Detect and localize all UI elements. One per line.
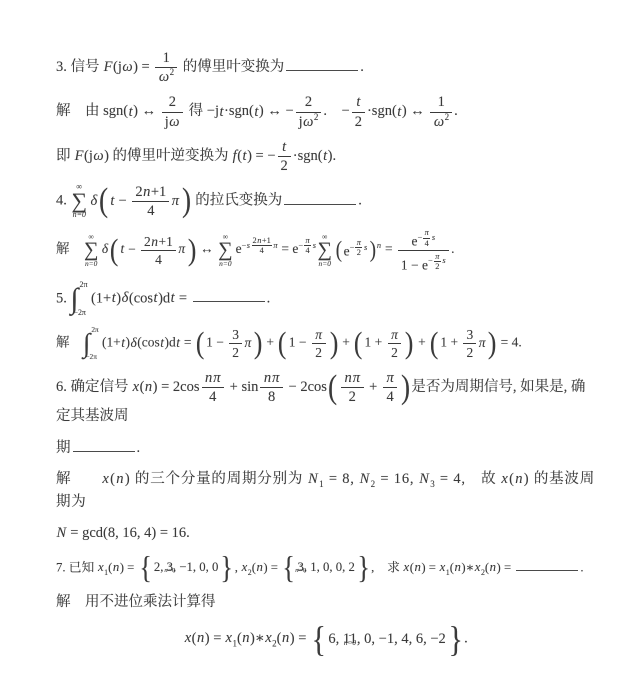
math-text: ·sgn( — [367, 104, 397, 120]
fraction-numerator: π — [312, 327, 326, 344]
math-fraction: nπ4 — [202, 370, 225, 405]
problem-4-question: 4. ∞∑n=0δ(t − 2n+14π) 的拉氏变换为. — [56, 183, 596, 219]
open-delimiter: { — [139, 554, 152, 583]
math-text: . — [358, 193, 362, 209]
math-var: ω — [433, 114, 444, 130]
math-fraction: t2 — [352, 94, 365, 129]
fence-content: 6, 11ˆn=0, 0, −1, 4, 6, −2 — [327, 628, 446, 650]
superscript: 2 — [445, 112, 450, 122]
math-text: . — [454, 104, 458, 120]
open-delimiter: ( — [196, 329, 204, 357]
math-text: 6. 确定信号 — [56, 379, 132, 395]
open-delimiter: ( — [328, 373, 337, 403]
math-text: ( — [110, 471, 116, 487]
math-text: 2 — [445, 112, 450, 122]
math-var: n — [144, 379, 152, 395]
math-fraction: nπ2 — [341, 370, 364, 405]
math-text: (j — [84, 148, 93, 164]
problem-7-result: x(n) = x1(n)∗x2(n) = {6, 11ˆn=0, 0, −1, … — [56, 623, 596, 656]
math-text: ) = — [133, 59, 153, 75]
math-text: 2 — [135, 184, 142, 200]
math-text: 期 — [56, 440, 71, 456]
math-text: 1 − — [206, 335, 227, 350]
math-var: t — [356, 94, 361, 110]
fraction-numerator: 3 — [229, 327, 242, 344]
sum-lower-limit: n=0 — [85, 260, 97, 267]
math-text: , 1, 0, 0, 2 — [304, 560, 355, 574]
fenced-group: (t − 2n+14π) — [109, 234, 197, 267]
fraction-numerator: 1 — [155, 50, 177, 68]
superscript: −π4s — [298, 241, 316, 250]
close-delimiter: ) — [405, 329, 413, 357]
math-text: ) = — [263, 560, 281, 574]
fenced-group: (1 − 32π) — [195, 327, 263, 360]
fence-content: 1 − π2 — [288, 327, 329, 360]
fence-content: t − 2n+14π — [109, 184, 181, 219]
math-text: 2 — [314, 112, 319, 122]
fence-content: 3ˆn=0, 1, 0, 0, 2 — [296, 558, 355, 578]
math-var: s — [442, 256, 446, 265]
math-fraction: 2n+14 — [252, 236, 272, 256]
fenced-group: {2, 3ˆn=0, −1, 0, 0} — [138, 554, 235, 583]
math-text: ) = — [290, 630, 310, 646]
fenced-group: (t − 2n+14π) — [98, 184, 192, 219]
math-text: + — [263, 335, 277, 350]
sigma-icon: ∑ — [218, 241, 232, 260]
math-fraction: 2n+14 — [141, 234, 176, 267]
fenced-group: {6, 11ˆn=0, 0, −1, 4, 6, −2} — [310, 623, 464, 656]
math-text: − — [298, 241, 303, 250]
problem-6-question-line-1: 6. 确定信号 x(n) = 2cosnπ4 + sinnπ8 − 2cos(n… — [56, 370, 596, 428]
math-text: − — [115, 193, 130, 209]
math-var: n — [282, 630, 290, 646]
fraction-denominator: 2 — [463, 344, 476, 360]
answer-blank — [516, 558, 578, 571]
fence-content: t − 2n+14π — [119, 234, 187, 267]
open-delimiter: ( — [99, 186, 108, 216]
math-text: 解 — [56, 471, 102, 487]
math-text: ↔ — [197, 241, 217, 256]
math-var: π — [386, 370, 394, 386]
math-var: n — [515, 471, 524, 487]
math-var: n — [489, 560, 496, 574]
math-var: x — [102, 471, 110, 487]
math-text: +1 — [159, 234, 173, 249]
math-text: 4 — [386, 389, 393, 405]
math-text: ) = — [497, 560, 515, 574]
math-var: δ — [101, 241, 108, 256]
fraction-numerator: t — [278, 139, 291, 157]
fraction-numerator: π — [383, 370, 397, 388]
math-text: 2 — [349, 389, 356, 405]
math-text: (1+ — [102, 335, 121, 350]
fraction-denominator: ω2 — [155, 68, 177, 85]
math-text: . — [360, 59, 364, 75]
math-var: n — [143, 184, 151, 200]
math-var: t — [282, 139, 287, 155]
close-delimiter: } — [448, 623, 462, 656]
fraction-numerator: t — [352, 94, 365, 112]
math-text: 2 — [391, 345, 398, 360]
math-text: 2 — [357, 248, 361, 257]
math-var: n — [116, 471, 125, 487]
math-fraction: 2jω2 — [296, 94, 322, 129]
math-var: s — [246, 241, 250, 250]
math-var: n — [112, 560, 119, 574]
close-delimiter: ) — [369, 240, 375, 261]
math-fraction: π2 — [434, 252, 441, 272]
math-var: x — [501, 471, 509, 487]
math-text: 2 — [169, 94, 176, 110]
origin-marker: 3ˆn=0 — [297, 558, 303, 578]
fenced-group: (1 − π2) — [277, 327, 338, 360]
math-text: ). — [328, 148, 336, 164]
fraction-numerator: π — [388, 327, 402, 344]
fence-content: 1 + π2 — [364, 327, 405, 360]
math-text: 2 — [315, 345, 322, 360]
math-var: s — [431, 233, 435, 242]
fraction-numerator: π — [355, 238, 362, 248]
math-var: s — [312, 241, 316, 250]
sum-lower-limit: n=0 — [219, 260, 231, 267]
superscript: −π2s — [428, 256, 446, 265]
math-var: π — [178, 241, 186, 256]
fraction-denominator: jω — [162, 113, 183, 130]
math-var: π — [272, 370, 280, 386]
math-fraction: π2 — [355, 238, 362, 258]
origin-marker: 11ˆn=0 — [343, 628, 357, 650]
math-text: 解 — [56, 241, 83, 256]
math-text: , −1, 0, 0 — [173, 560, 218, 574]
math-var: n — [151, 234, 159, 249]
answer-blank — [73, 437, 135, 452]
open-delimiter: ( — [278, 329, 286, 357]
math-var: F — [103, 59, 113, 75]
fenced-group: (1 + π2) — [353, 327, 414, 360]
math-text: 2 — [281, 158, 288, 174]
sigma-icon: ∑ — [84, 241, 98, 260]
document-page: 3. 信号 F(jω) = 1ω2 的傅里叶变换为.解 由 sgn(t) ↔ 2… — [0, 0, 644, 699]
fraction-denominator: 4 — [141, 251, 176, 267]
math-text: 即 — [56, 148, 74, 164]
math-text: + — [415, 335, 429, 350]
math-text: . — [267, 290, 271, 306]
close-delimiter: ) — [401, 373, 410, 403]
math-var: x — [403, 560, 410, 574]
problem-6-question-line-2: 期. — [56, 437, 596, 459]
fraction-numerator: 1 — [430, 94, 452, 112]
math-text: 2 — [170, 67, 175, 77]
fraction-numerator: nπ — [341, 370, 364, 388]
math-var: n — [205, 370, 213, 386]
math-var: x — [241, 560, 248, 574]
math-text: , 0, −1, 4, 6, −2 — [357, 631, 446, 647]
math-text: (cos — [129, 290, 153, 306]
math-text: (1+ — [91, 290, 111, 306]
math-text: = 8, — [324, 471, 359, 487]
fenced-group: (e−π2s) — [335, 238, 376, 262]
math-text: )∗ — [250, 630, 265, 646]
math-text: 2 — [232, 345, 239, 360]
math-fraction: 1ω2 — [430, 94, 452, 129]
math-text: (j — [113, 59, 122, 75]
math-text: + sin — [226, 379, 258, 395]
math-text: . — [137, 440, 141, 456]
fraction-numerator: 2 — [296, 94, 322, 112]
close-delimiter: ) — [182, 186, 191, 216]
close-delimiter: ) — [254, 329, 262, 357]
math-text: )d — [165, 335, 176, 350]
fence-content: e−π2s — [343, 238, 369, 262]
math-var: n — [242, 630, 250, 646]
answer-blank — [286, 56, 358, 71]
math-fraction: 2n+14 — [132, 184, 169, 219]
math-text: 2 — [144, 234, 151, 249]
fraction-denominator: 2 — [278, 157, 291, 174]
math-var: ω — [303, 114, 314, 130]
close-delimiter: } — [357, 554, 370, 583]
math-var: N — [419, 471, 430, 487]
summation-operator: ∞∑n=0 — [84, 233, 98, 266]
problem-5-question: 5. ∫2π−2π(1+t)δ(cost)dt = . — [56, 281, 596, 317]
math-text: 的傅里叶变换为 — [179, 59, 284, 75]
math-text: ) 的三个分量的周期分别为 — [125, 471, 308, 487]
math-text: . — [580, 560, 583, 574]
math-text: = gcd(8, 16, 4) = 16. — [67, 525, 190, 541]
math-text: (cos — [137, 335, 159, 350]
fraction-denominator: 2 — [355, 248, 362, 257]
math-var: x — [474, 560, 481, 574]
open-delimiter: ( — [110, 236, 118, 264]
math-text: − — [417, 233, 422, 242]
integral-limits: 2π−2π — [88, 326, 100, 361]
math-var: δ — [121, 290, 129, 306]
problem-3-solution: 解 由 sgn(t) ↔ 2jω 得 −jt·sgn(t) ↔ −2jω2. −… — [56, 94, 596, 129]
answer-blank — [284, 190, 356, 205]
math-text: 8 — [268, 389, 275, 405]
math-fraction: π2 — [312, 327, 326, 360]
fraction-numerator: π — [423, 228, 430, 238]
math-var: δ — [90, 193, 98, 209]
fraction-denominator: 2 — [352, 113, 365, 130]
fence-content: 1 + 32π — [439, 327, 487, 360]
math-fraction: π4 — [383, 370, 397, 405]
math-text: +1 — [151, 184, 166, 200]
fraction-denominator: 2 — [341, 388, 364, 405]
superscript: −s2n+14π — [242, 241, 278, 250]
summation-operator: ∞∑n=0 — [72, 183, 88, 219]
superscript: 2 — [170, 67, 175, 77]
fraction-numerator: 2 — [162, 94, 183, 112]
math-text: ·sgn( — [224, 104, 254, 120]
math-text: ) ↔ — [133, 104, 160, 120]
math-fraction: 2jω — [162, 94, 183, 129]
math-fraction: e−π4s1 − e−π2s — [398, 228, 449, 272]
math-text: 4 — [306, 246, 310, 255]
fraction-denominator: 4 — [202, 388, 225, 405]
math-var: ω — [122, 59, 133, 75]
open-delimiter: { — [312, 623, 326, 656]
math-var: F — [74, 148, 84, 164]
math-text: 4 — [155, 252, 162, 267]
math-text: 4 — [209, 389, 216, 405]
math-text: 3 — [232, 327, 239, 342]
summation-operator: ∞∑n=0 — [218, 233, 232, 266]
fraction-numerator: π — [434, 252, 441, 262]
math-text: )∗ — [461, 560, 474, 574]
math-text: 1 — [163, 50, 170, 66]
problem-6-solution-line-2: N = gcd(8, 16, 4) = 16. — [56, 522, 596, 544]
fraction-numerator: 2n+1 — [132, 184, 169, 202]
math-var: π — [305, 236, 310, 245]
math-fraction: 1ω2 — [155, 50, 177, 85]
math-var: π — [315, 327, 323, 342]
fraction-numerator: π — [304, 236, 311, 246]
math-text: = 4, 故 — [436, 471, 501, 487]
math-text: 4 — [147, 203, 154, 219]
math-text: ·sgn( — [293, 148, 323, 164]
open-delimiter: ( — [354, 329, 362, 357]
math-var: x — [184, 630, 191, 646]
math-text: . — [464, 630, 468, 646]
integral-lower-limit: −2π — [73, 309, 86, 317]
superscript: 2 — [314, 112, 319, 122]
close-delimiter: ) — [488, 329, 496, 357]
math-text: 2 — [435, 262, 439, 271]
summation-operator: ∞∑n=0 — [318, 233, 332, 266]
math-text: , 求 — [371, 560, 403, 574]
math-text: = — [382, 241, 396, 256]
problem-3-question: 3. 信号 F(jω) = 1ω2 的傅里叶变换为. — [56, 50, 596, 85]
math-fraction: π4 — [304, 236, 311, 256]
math-fraction: π4 — [423, 228, 430, 248]
math-text: )d — [158, 290, 170, 306]
fraction-denominator: jω2 — [296, 113, 322, 130]
math-text: 4 — [425, 239, 429, 248]
origin-label: n=0 — [344, 640, 356, 647]
problem-7-question: 7. 已知 x1(n) = {2, 3ˆn=0, −1, 0, 0}, x2(n… — [56, 554, 596, 583]
integral-operator: ∫2π−2π — [71, 281, 89, 317]
math-text: . — [451, 241, 454, 256]
problem-3-inverse-note: 即 F(jω) 的傅里叶逆变换为 f(t) = −t2·sgn(t). — [56, 139, 596, 174]
sigma-icon: ∑ — [318, 241, 332, 260]
math-var: π — [352, 370, 360, 386]
math-text: ) ↔ − — [259, 104, 294, 120]
math-fraction: t2 — [278, 139, 291, 174]
fraction-numerator: 2n+1 — [141, 234, 176, 251]
math-text: 的拉氏变换为 — [192, 193, 283, 209]
math-text: 1 — [438, 94, 445, 110]
math-text: 解 用不进位乘法计算得 — [56, 594, 216, 610]
math-text: 解 由 sgn( — [56, 104, 128, 120]
math-text: . − — [323, 104, 349, 120]
math-text: ) = — [120, 560, 138, 574]
sigma-icon: ∑ — [72, 191, 88, 211]
math-text: + — [339, 335, 353, 350]
math-text: − — [350, 243, 355, 252]
math-text: +1 — [262, 236, 271, 245]
math-text: + — [366, 379, 381, 395]
fence-content: 1 − 32π — [205, 327, 253, 360]
math-text: 1 − e — [401, 257, 428, 272]
fenced-group: (1 + 32π) — [429, 327, 497, 360]
integral-limits: 2π−2π — [76, 281, 89, 317]
problem-4-solution: 解 ∞∑n=0δ(t − 2n+14π) ↔ ∞∑n=0e−s2n+14π = … — [56, 228, 596, 272]
problem-6-solution-line-1: 解 x(n) 的三个分量的周期分别为 N1 = 8, N2 = 16, N3 =… — [56, 468, 596, 513]
math-var: N — [359, 471, 370, 487]
math-var: π — [171, 193, 179, 209]
math-text: 5. — [56, 290, 71, 306]
math-text: ) = — [205, 630, 225, 646]
math-var: n — [263, 370, 271, 386]
math-text: 3. 信号 — [56, 59, 103, 75]
math-var: π — [213, 370, 221, 386]
fraction-denominator: 2 — [434, 262, 441, 271]
fence-content: nπ2 + π4 — [338, 370, 400, 405]
superscript: −π2s — [350, 243, 368, 252]
math-var: π — [244, 335, 252, 350]
open-delimiter: ( — [430, 329, 438, 357]
origin-marker: 3ˆn=0 — [167, 558, 173, 578]
math-text: 2 — [355, 114, 362, 130]
math-text: = — [180, 335, 194, 350]
math-text: 4 — [260, 246, 264, 255]
fraction-numerator: nπ — [202, 370, 225, 388]
superscript: −π4s — [417, 233, 435, 242]
fenced-group: {3ˆn=0, 1, 0, 0, 2} — [281, 554, 371, 583]
math-var: π — [391, 327, 399, 342]
math-var: x — [439, 560, 446, 574]
problem-5-solution: 解 ∫2π−2π(1+t)δ(cost)dt = (1 − 32π) + (1 … — [56, 326, 596, 361]
close-delimiter: } — [221, 554, 234, 583]
math-text: ) = — [421, 560, 439, 574]
close-delimiter: ) — [188, 236, 196, 264]
math-text: = — [175, 290, 190, 306]
math-text: ) = − — [247, 148, 275, 164]
origin-label: n=0 — [295, 568, 306, 574]
fraction-numerator: 2n+1 — [252, 236, 272, 246]
math-text: ( — [509, 471, 515, 487]
math-text: 2 — [466, 345, 473, 360]
math-text: 4. — [56, 193, 71, 209]
math-fraction: 32 — [229, 327, 242, 360]
fraction-denominator: ω2 — [430, 113, 452, 130]
math-text: ) = 2cos — [153, 379, 200, 395]
math-var: π — [435, 252, 440, 261]
math-text: 1 + — [365, 335, 386, 350]
fraction-denominator: 8 — [260, 388, 283, 405]
math-text: 2 — [305, 94, 312, 110]
math-text: = 4. — [497, 335, 521, 350]
math-text: 解 — [56, 335, 83, 350]
integral-upper-limit: 2π — [79, 281, 92, 289]
math-text: − 2cos — [285, 379, 327, 395]
math-fraction: 32 — [463, 327, 476, 360]
fraction-denominator: 2 — [312, 344, 326, 360]
fence-content: 2, 3ˆn=0, −1, 0, 0 — [153, 558, 220, 578]
fraction-denominator: 4 — [383, 388, 397, 405]
origin-label: n=0 — [164, 568, 175, 574]
math-var: N — [56, 525, 67, 541]
math-text: = e — [278, 241, 298, 256]
math-var: π — [356, 238, 361, 247]
math-text: 1 + — [440, 335, 461, 350]
math-text: − — [125, 241, 139, 256]
integral-operator: ∫2π−2π — [83, 326, 100, 361]
integral-upper-limit: 2π — [91, 326, 103, 333]
math-text: 6, — [328, 631, 343, 647]
open-delimiter: { — [283, 554, 296, 583]
